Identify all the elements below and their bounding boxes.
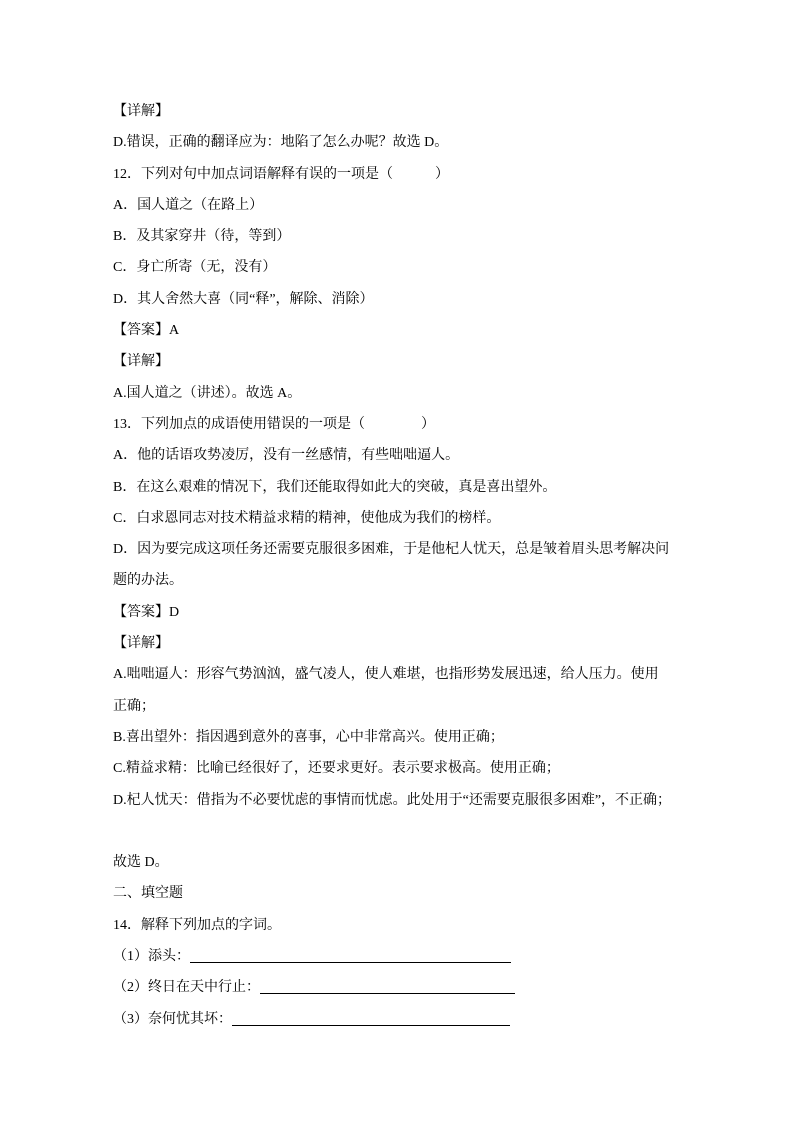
- line-text: （2）终日在天中行止：: [113, 980, 260, 995]
- line-text: D.错误，正确的翻译应为：地陷了怎么办呢？故选 D。: [113, 135, 448, 150]
- question-14-blank-1: （1）添头：: [113, 941, 685, 972]
- line-text: B．及其家穿井（待，等到）: [113, 229, 290, 244]
- question-13-option-a: A．他的话语攻势凌厉，没有一丝感情，有些咄咄逼人。: [113, 440, 685, 471]
- question-13: 13．下列加点的成语使用错误的一项是（ ）: [113, 409, 685, 440]
- line-text: 【详解】: [113, 636, 169, 651]
- question-13-option-b: B．在这么艰难的情况下，我们还能取得如此大的突破，真是喜出望外。: [113, 472, 685, 503]
- document-page: 【详解】D.错误，正确的翻译应为：地陷了怎么办呢？故选 D。12．下列对句中加点…: [0, 0, 794, 1123]
- analysis-text: C.精益求精：比喻已经很好了，还要求更好。表示要求极高。使用正确；: [113, 753, 685, 784]
- analysis-text: D.杞人忧天：借指为不必要忧虑的事情而忧虑。此处用于“还需要克服很多困难”，不正…: [113, 785, 685, 816]
- analysis-text: A.咄咄逼人：形容气势汹汹，盛气凌人，使人难堪，也指形势发展迅速，给人压力。使用: [113, 659, 685, 690]
- question-12-option-b: B．及其家穿井（待，等到）: [113, 221, 685, 252]
- question-14: 14．解释下列加点的字词。: [113, 910, 685, 941]
- line-text: 【详解】: [113, 104, 169, 119]
- analysis-text: B.喜出望外：指因遇到意外的喜事，心中非常高兴。使用正确；: [113, 722, 685, 753]
- line-text: B.喜出望外：指因遇到意外的喜事，心中非常高兴。使用正确；: [113, 730, 504, 745]
- line-text: （3）奈何忧其坏：: [113, 1012, 232, 1027]
- question-12: 12．下列对句中加点词语解释有误的一项是（ ）: [113, 159, 685, 190]
- line-text: C．身亡所寄（无，没有）: [113, 260, 276, 275]
- analysis-label: 【详解】: [113, 346, 685, 377]
- line-text: C.精益求精：比喻已经很好了，还要求更好。表示要求极高。使用正确；: [113, 761, 560, 776]
- line-text: D．因为要完成这项任务还需要克服很多困难，于是他杞人忧天，总是皱着眉头思考解决问: [113, 542, 669, 557]
- line-text: A.国人道之（讲述）。故选 A。: [113, 386, 301, 401]
- question-13-option-c: C．白求恩同志对技术精益求精的精神，使他成为我们的榜样。: [113, 503, 685, 534]
- fill-in-blank-line: [260, 980, 515, 994]
- analysis-text: A.国人道之（讲述）。故选 A。: [113, 378, 685, 409]
- empty-line: [113, 816, 685, 847]
- question-14-blank-2: （2）终日在天中行止：: [113, 972, 685, 1003]
- analysis-text: D.错误，正确的翻译应为：地陷了怎么办呢？故选 D。: [113, 127, 685, 158]
- analysis-label: 【详解】: [113, 628, 685, 659]
- line-text: B．在这么艰难的情况下，我们还能取得如此大的突破，真是喜出望外。: [113, 480, 556, 495]
- fill-in-blank-line: [232, 1012, 510, 1026]
- analysis-text-continued: 正确；: [113, 691, 685, 722]
- line-text: 【答案】A: [113, 323, 179, 338]
- question-12-option-d: D．其人舍然大喜（同“释”，解除、消除）: [113, 284, 685, 315]
- line-text: A.咄咄逼人：形容气势汹汹，盛气凌人，使人难堪，也指形势发展迅速，给人压力。使用: [113, 667, 659, 682]
- question-12-option-c: C．身亡所寄（无，没有）: [113, 252, 685, 283]
- line-text: 【答案】D: [113, 605, 179, 620]
- question-13-option-d: D．因为要完成这项任务还需要克服很多困难，于是他杞人忧天，总是皱着眉头思考解决问: [113, 534, 685, 565]
- fill-in-blank-line: [190, 949, 511, 963]
- line-text: A．国人道之（在路上）: [113, 198, 263, 213]
- line-text: 12．下列对句中加点词语解释有误的一项是（ ）: [113, 167, 449, 182]
- question-12-option-a: A．国人道之（在路上）: [113, 190, 685, 221]
- document-body: 【详解】D.错误，正确的翻译应为：地陷了怎么办呢？故选 D。12．下列对句中加点…: [113, 96, 685, 1035]
- line-text: 14．解释下列加点的字词。: [113, 918, 281, 933]
- answer-label: 【答案】A: [113, 315, 685, 346]
- line-text: （1）添头：: [113, 949, 190, 964]
- section-title: 二、填空题: [113, 878, 685, 909]
- analysis-text: 故选 D。: [113, 847, 685, 878]
- line-text: D.杞人忧天：借指为不必要忧虑的事情而忧虑。此处用于“还需要克服很多困难”，不正…: [113, 793, 671, 808]
- line-text: 二、填空题: [113, 886, 183, 901]
- answer-label: 【答案】D: [113, 597, 685, 628]
- question-14-blank-3: （3）奈何忧其坏：: [113, 1004, 685, 1035]
- line-text: 13．下列加点的成语使用错误的一项是（ ）: [113, 417, 435, 432]
- analysis-label: 【详解】: [113, 96, 685, 127]
- line-text: 故选 D。: [113, 855, 169, 870]
- line-text: 正确；: [113, 699, 155, 714]
- question-13-option-d-continued: 题的办法。: [113, 565, 685, 596]
- line-text: 题的办法。: [113, 573, 183, 588]
- line-text: D．其人舍然大喜（同“释”，解除、消除）: [113, 292, 374, 307]
- line-text: 【详解】: [113, 354, 169, 369]
- line-text: A．他的话语攻势凌厉，没有一丝感情，有些咄咄逼人。: [113, 448, 459, 463]
- line-text: C．白求恩同志对技术精益求精的精神，使他成为我们的榜样。: [113, 511, 500, 526]
